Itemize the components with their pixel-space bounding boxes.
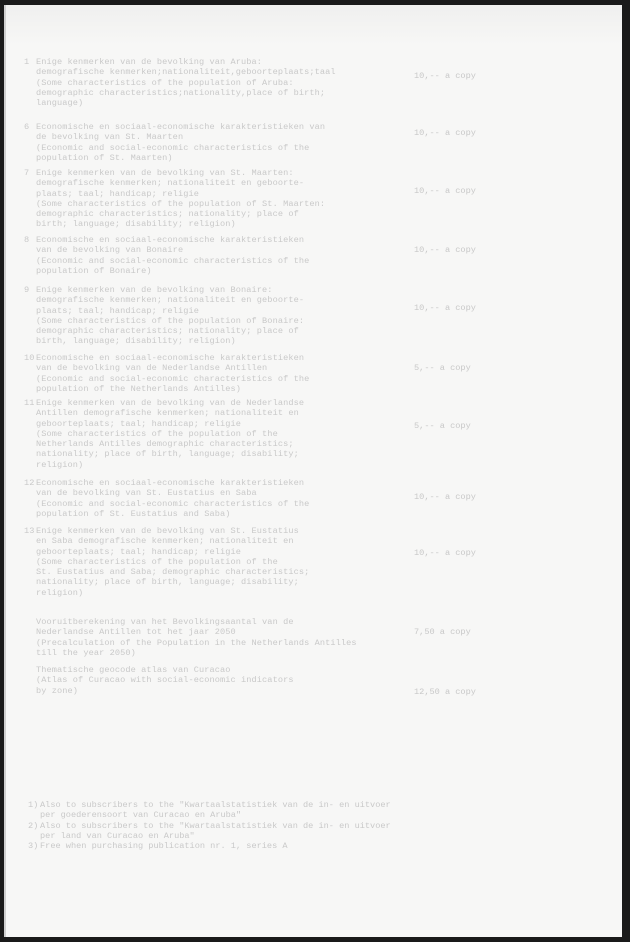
- entry-number: 10: [24, 353, 35, 363]
- entry-description: Economische en sociaal-economische karak…: [36, 122, 325, 163]
- entry-number: 12: [24, 478, 35, 488]
- entry-number: 1: [24, 57, 29, 67]
- publication-entry: Thematische geocode atlas van Curacao (A…: [36, 665, 356, 696]
- entry-number: 7: [24, 168, 29, 178]
- footnote-text: Also to subscribers to the "Kwartaalstat…: [40, 800, 391, 820]
- footnote: 3)Free when purchasing publication nr. 1…: [28, 841, 468, 851]
- entry-price: 5,-- a copy: [414, 421, 471, 431]
- publication-entry: 13Enige kenmerken van de bevolking van S…: [36, 526, 356, 598]
- footnote-text: Also to subscribers to the "Kwartaalstat…: [40, 821, 391, 841]
- footnote-text: Free when purchasing publication nr. 1, …: [40, 841, 288, 851]
- publication-entry: 1Enige kenmerken van de bevolking van Ar…: [36, 57, 356, 108]
- entry-description: Economische en sociaal-economische karak…: [36, 353, 309, 394]
- footnote-mark: 2): [28, 821, 38, 831]
- footnote-mark: 1): [28, 800, 38, 810]
- entry-description: Enige kenmerken van de bevolking van St.…: [36, 526, 309, 598]
- publication-entry: 11Enige kenmerken van de bevolking van d…: [36, 398, 356, 470]
- entry-number: 6: [24, 122, 29, 132]
- entry-price: 7,50 a copy: [414, 627, 471, 637]
- entry-number: 9: [24, 285, 29, 295]
- entry-price: 10,-- a copy: [414, 71, 476, 81]
- entry-description: Enige kenmerken van de bevolking van Bon…: [36, 285, 304, 346]
- entry-description: Enige kenmerken van de bevolking van de …: [36, 398, 304, 470]
- entry-description: Enige kenmerken van de bevolking van St.…: [36, 168, 325, 229]
- entry-price: 10,-- a copy: [414, 186, 476, 196]
- entry-number: 11: [24, 398, 35, 408]
- publication-entry: 7Enige kenmerken van de bevolking van St…: [36, 168, 356, 230]
- entry-description: Thematische geocode atlas van Curacao (A…: [36, 665, 294, 696]
- entry-price: 10,-- a copy: [414, 303, 476, 313]
- entry-description: Economische en sociaal-economische karak…: [36, 478, 309, 519]
- entry-price: 10,-- a copy: [414, 492, 476, 502]
- publication-entry: 8Economische en sociaal-economische kara…: [36, 235, 356, 276]
- publication-entry: Vooruitberekening van het Bevolkingsaant…: [36, 617, 356, 658]
- entry-price: 10,-- a copy: [414, 548, 476, 558]
- entry-price: 10,-- a copy: [414, 128, 476, 138]
- entry-number: 8: [24, 235, 29, 245]
- footnotes: 1)Also to subscribers to the "Kwartaalst…: [28, 800, 468, 851]
- entry-number: 13: [24, 526, 35, 536]
- entry-price: 5,-- a copy: [414, 363, 471, 373]
- entry-description: Enige kenmerken van de bevolking van Aru…: [36, 57, 336, 108]
- entry-price: 10,-- a copy: [414, 245, 476, 255]
- footnote: 1)Also to subscribers to the "Kwartaalst…: [28, 800, 468, 821]
- entry-description: Vooruitberekening van het Bevolkingsaant…: [36, 617, 357, 658]
- entry-description: Economische en sociaal-economische karak…: [36, 235, 309, 276]
- footnote: 2)Also to subscribers to the "Kwartaalst…: [28, 821, 468, 842]
- publication-entry: 6Economische en sociaal-economische kara…: [36, 122, 356, 163]
- entry-price: 12,50 a copy: [414, 687, 476, 697]
- footnote-mark: 3): [28, 841, 38, 851]
- publication-entry: 12Economische en sociaal-economische kar…: [36, 478, 356, 519]
- scanned-page: 1Enige kenmerken van de bevolking van Ar…: [4, 5, 622, 937]
- publication-entry: 9Enige kenmerken van de bevolking van Bo…: [36, 285, 356, 347]
- publication-entry: 10Economische en sociaal-economische kar…: [36, 353, 356, 394]
